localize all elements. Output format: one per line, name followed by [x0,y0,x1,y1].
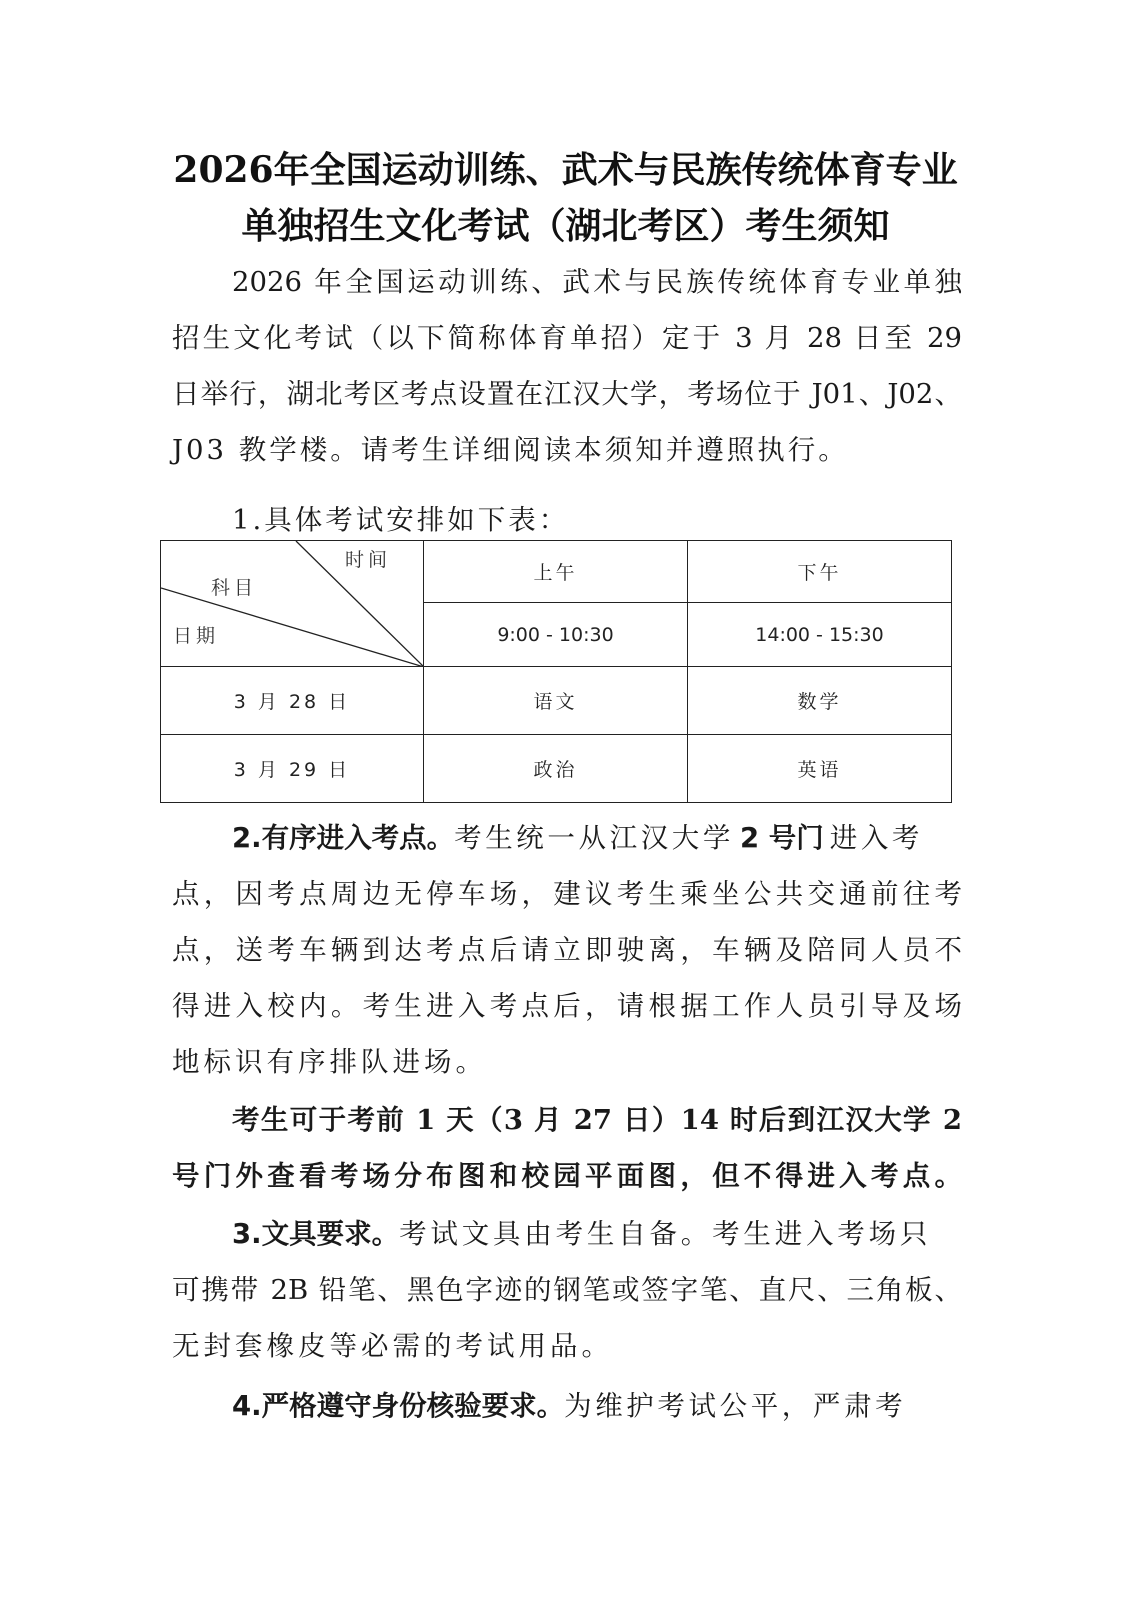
row-morning-subject: 语文 [424,667,688,735]
column-header-afternoon: 下午 [688,541,952,603]
intro-line: J03 教学楼。请考生详细阅读本须知并遵照执行。 [172,430,962,470]
intro-line: 日举行，湖北考区考点设置在江汉大学，考场位于 J01、J02、 [172,374,962,414]
row-afternoon-subject: 数学 [688,667,952,735]
row-date: 3 月 29 日 [161,735,424,803]
table-corner-header: 时间 科目 日期 [161,541,424,667]
document-title-line-1: 2026年全国运动训练、武术与民族传统体育专业 [0,142,1131,193]
row-date: 3 月 28 日 [161,667,424,735]
column-header-morning: 上午 [424,541,688,603]
document-title-line-2: 单独招生文化考试（湖北考区）考生须知 [0,198,1131,249]
section-4-text: 为维护考试公平，严肃考 [564,1390,906,1422]
intro-line: 2026 年全国运动训练、武术与民族传统体育专业单独 [232,262,962,302]
section-1-heading: 1.具体考试安排如下表： [232,500,962,540]
section-2-text: 进入考 [830,822,923,854]
section-3-heading: 3.文具要求。 [232,1218,399,1250]
section-2-note-line: 号门外查看考场分布图和校园平面图，但不得进入考点。 [172,1156,962,1196]
section-3-first-line: 3.文具要求。考试文具由考生自备。考生进入考场只 [232,1214,962,1254]
section-3-text: 考试文具由考生自备。考生进入考场只 [399,1218,931,1250]
document-page: 2026年全国运动训练、武术与民族传统体育专业 单独招生文化考试（湖北考区）考生… [0,0,1131,1600]
section-2-line: 地标识有序排队进场。 [172,1042,962,1082]
section-4-heading: 4.严格遵守身份核验要求。 [232,1390,564,1422]
section-2-line: 得进入校内。考生进入考点后，请根据工作人员引导及场 [172,986,962,1026]
time-range-morning: 9:00 - 10:30 [424,603,688,667]
row-afternoon-subject: 英语 [688,735,952,803]
section-2-line: 点，送考车辆到达考点后请立即驶离，车辆及陪同人员不 [172,930,962,970]
section-2-line: 点，因考点周边无停车场，建议考生乘坐公共交通前往考 [172,874,962,914]
section-2-note-line: 考生可于考前 1 天（3 月 27 日）14 时后到江汉大学 2 [232,1100,962,1140]
corner-label-subject: 科目 [211,573,257,600]
row-morning-subject: 政治 [424,735,688,803]
section-2-text: 考生统一从江汉大学 [454,822,734,854]
section-3-line: 可携带 2B 铅笔、黑色字迹的钢笔或签字笔、直尺、三角板、 [172,1270,962,1310]
section-3-line: 无封套橡皮等必需的考试用品。 [172,1326,962,1366]
table-row: 3 月 28 日 语文 数学 [161,667,952,735]
corner-label-date: 日期 [173,621,219,648]
table-row: 3 月 29 日 政治 英语 [161,735,952,803]
time-range-afternoon: 14:00 - 15:30 [688,603,952,667]
section-2-first-line: 2.有序进入考点。考生统一从江汉大学2 号门进入考 [232,818,962,858]
section-4-first-line: 4.严格遵守身份核验要求。为维护考试公平，严肃考 [232,1386,962,1426]
section-2-heading: 2.有序进入考点。 [232,822,454,854]
gate-number: 2 号门 [740,822,824,854]
intro-line: 招生文化考试（以下简称体育单招）定于 3 月 28 日至 29 [172,318,962,358]
exam-schedule-table: 时间 科目 日期 上午 下午 9:00 - 10:30 14:00 - 15:3… [160,540,952,803]
corner-label-time: 时间 [345,545,391,572]
